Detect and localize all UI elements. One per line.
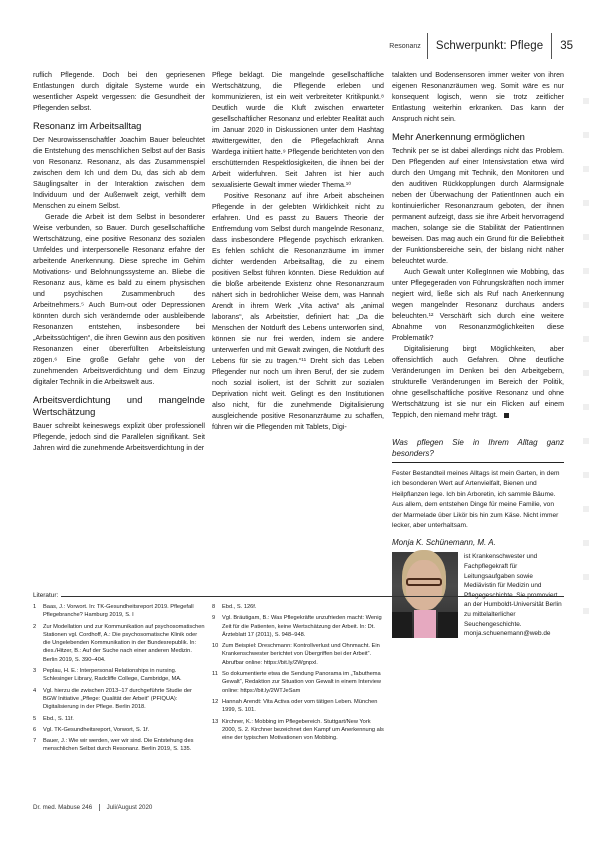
reference-item: 4Vgl. hierzu die zwischen 2013–17 durchg…: [33, 687, 205, 712]
text-column-3: talakten und Bodensensoren immer weiter …: [392, 70, 564, 639]
page-footer: Dr. med. Mabuse 246 Juli/August 2020: [33, 804, 152, 811]
reference-text: Vgl. TK-Gesundheitsreport, Vorwort, S. 1…: [43, 726, 149, 734]
literature-column-2: 8Ebd., S. 126f.9Vgl. Bräutigam, B.: Was …: [212, 603, 384, 757]
text-column-2: Pflege beklagt. Die mangelnde gesellscha…: [212, 70, 384, 433]
reference-text: Bauer, J.: Wie wir werden, wer wir sind.…: [43, 737, 205, 754]
paragraph: Pflege beklagt. Die mangelnde gesellscha…: [212, 70, 384, 191]
reference-item: 1Baas, J.: Vorwort. In: TK-Gesundheitsre…: [33, 603, 205, 620]
reference-number: 12: [212, 698, 222, 715]
paragraph: ruflich Pflegende. Doch bei den gepriese…: [33, 70, 205, 114]
reference-item: 8Ebd., S. 126f.: [212, 603, 384, 611]
running-header: Resonanz Schwerpunkt: Pflege 35: [389, 32, 573, 60]
reference-number: 13: [212, 718, 222, 743]
paragraph: Auch Gewalt unter KollegInnen wie Mobbin…: [392, 267, 564, 344]
literature-header: Literatur:: [33, 592, 564, 599]
reference-item: 13Kirchner, K.: Mobbing im Pflegebereich…: [212, 718, 384, 743]
reference-number: 3: [33, 667, 43, 684]
divider: [61, 596, 564, 597]
reference-text: Zur Modellation und zur Kommunikation au…: [43, 623, 205, 664]
paragraph: Bauer schreibt keineswegs explizit über …: [33, 421, 205, 454]
author-answer: Fester Bestandteil meines Alltags ist me…: [392, 469, 564, 531]
literature-column-1: 1Baas, J.: Vorwort. In: TK-Gesundheitsre…: [33, 603, 205, 757]
page-edge-marks: [583, 70, 589, 630]
paragraph-text: Digitalisierung birgt Möglichkeiten, abe…: [392, 345, 564, 419]
reference-item: 11So dokumentierte etwa die Sendung Pano…: [212, 670, 384, 695]
paragraph: Digitalisierung birgt Möglichkeiten, abe…: [392, 344, 564, 421]
section-label: Resonanz: [389, 43, 421, 50]
reference-number: 6: [33, 726, 43, 734]
reference-text: Vgl. hierzu die zwischen 2013–17 durchge…: [43, 687, 205, 712]
reference-number: 5: [33, 715, 43, 723]
reference-text: Peplau, H. E.: Interpersonal Relationshi…: [43, 667, 205, 684]
reference-text: Hannah Arendt: Vita Activa oder vom täti…: [222, 698, 384, 715]
section-heading: Resonanz im Arbeitsalltag: [33, 120, 205, 132]
reference-item: 3Peplau, H. E.: Interpersonal Relationsh…: [33, 667, 205, 684]
reference-item: 5Ebd., S. 11f.: [33, 715, 205, 723]
footer-divider: [99, 804, 100, 811]
reference-text: Vgl. Bräutigam, B.: Was Pflegekräfte unz…: [222, 614, 384, 639]
text-column-1: ruflich Pflegende. Doch bei den gepriese…: [33, 70, 205, 454]
reference-item: 9Vgl. Bräutigam, B.: Was Pflegekräfte un…: [212, 614, 384, 639]
paragraph: talakten und Bodensensoren immer weiter …: [392, 70, 564, 125]
literature-label: Literatur: [33, 592, 56, 599]
reference-text: Kirchner, K.: Mobbing im Pflegebereich. …: [222, 718, 384, 743]
paragraph: Positive Resonanz auf ihre Arbeit absche…: [212, 191, 384, 433]
reference-text: Ebd., S. 126f.: [222, 603, 256, 611]
topic-label: Schwerpunkt: Pflege: [428, 40, 551, 52]
section-heading: Arbeitsverdichtung und mangelnde Wertsch…: [33, 394, 205, 418]
reference-item: 7Bauer, J.: Wie wir werden, wer wir sind…: [33, 737, 205, 754]
reference-text: Baas, J.: Vorwort. In: TK-Gesundheitsrep…: [43, 603, 205, 620]
reference-number: 2: [33, 623, 43, 664]
reference-item: 10Zum Beispiel: Dreschmann: Kontrollverl…: [212, 642, 384, 667]
author-question: Was pflegen Sie in Ihrem Alltag ganz bes…: [392, 437, 564, 463]
publication-name: Dr. med. Mabuse 246: [33, 804, 92, 811]
reference-item: 12Hannah Arendt: Vita Activa oder vom tä…: [212, 698, 384, 715]
reference-number: 4: [33, 687, 43, 712]
end-of-article-mark: [504, 413, 509, 418]
paragraph: Gerade die Arbeit ist dem Selbst in beso…: [33, 212, 205, 388]
reference-text: So dokumentierte etwa die Sendung Panora…: [222, 670, 384, 695]
issue-date: Juli/August 2020: [107, 804, 153, 811]
reference-item: 6Vgl. TK-Gesundheitsreport, Vorwort, S. …: [33, 726, 205, 734]
paragraph: Der Neurowissenschaftler Joachim Bauer b…: [33, 135, 205, 212]
reference-number: 8: [212, 603, 222, 611]
reference-text: Ebd., S. 11f.: [43, 715, 74, 723]
literature-section: Literatur: 1Baas, J.: Vorwort. In: TK-Ge…: [33, 592, 564, 757]
reference-number: 9: [212, 614, 222, 639]
author-name: Monja K. Schünemann, M. A.: [392, 537, 564, 548]
section-heading: Mehr Anerkennung ermöglichen: [392, 131, 564, 143]
page-number: 35: [552, 40, 573, 52]
reference-number: 1: [33, 603, 43, 620]
reference-number: 10: [212, 642, 222, 667]
reference-item: 2Zur Modellation und zur Kommunikation a…: [33, 623, 205, 664]
reference-number: 7: [33, 737, 43, 754]
reference-number: 11: [212, 670, 222, 695]
reference-text: Zum Beispiel: Dreschmann: Kontrollverlus…: [222, 642, 384, 667]
paragraph: Technik per se ist dabei allerdings nich…: [392, 146, 564, 267]
